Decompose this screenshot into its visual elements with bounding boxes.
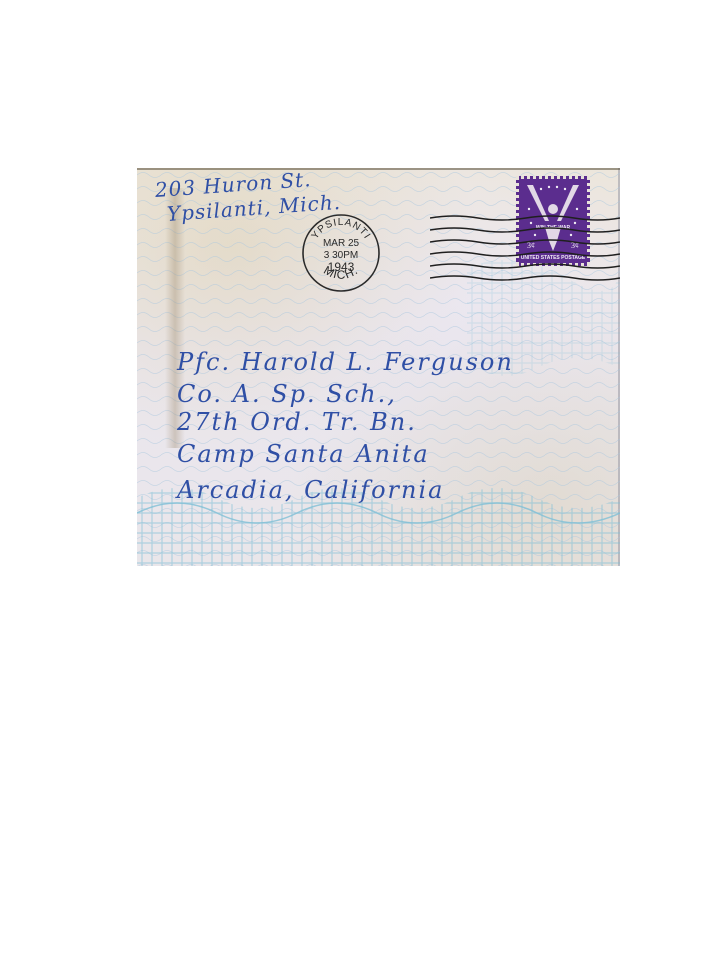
postmark: YPSILANTI MICH. MAR 25 3 30PM 1943 — [300, 212, 382, 294]
recipient-unit: Co. A. Sp. Sch., — [177, 380, 397, 408]
postmark-year: 1943 — [300, 262, 382, 273]
recipient-city: Arcadia, California — [177, 476, 444, 504]
cancellation-lines — [430, 212, 620, 282]
recipient-name: Pfc. Harold L. Ferguson — [177, 348, 514, 376]
postmark-date: MAR 25 — [300, 238, 382, 249]
envelope: 203 Huron St. Ypsilanti, Mich. YPSILANTI… — [137, 168, 620, 566]
recipient-camp: Camp Santa Anita — [177, 440, 430, 468]
recipient-battalion: 27th Ord. Tr. Bn. — [177, 408, 417, 436]
